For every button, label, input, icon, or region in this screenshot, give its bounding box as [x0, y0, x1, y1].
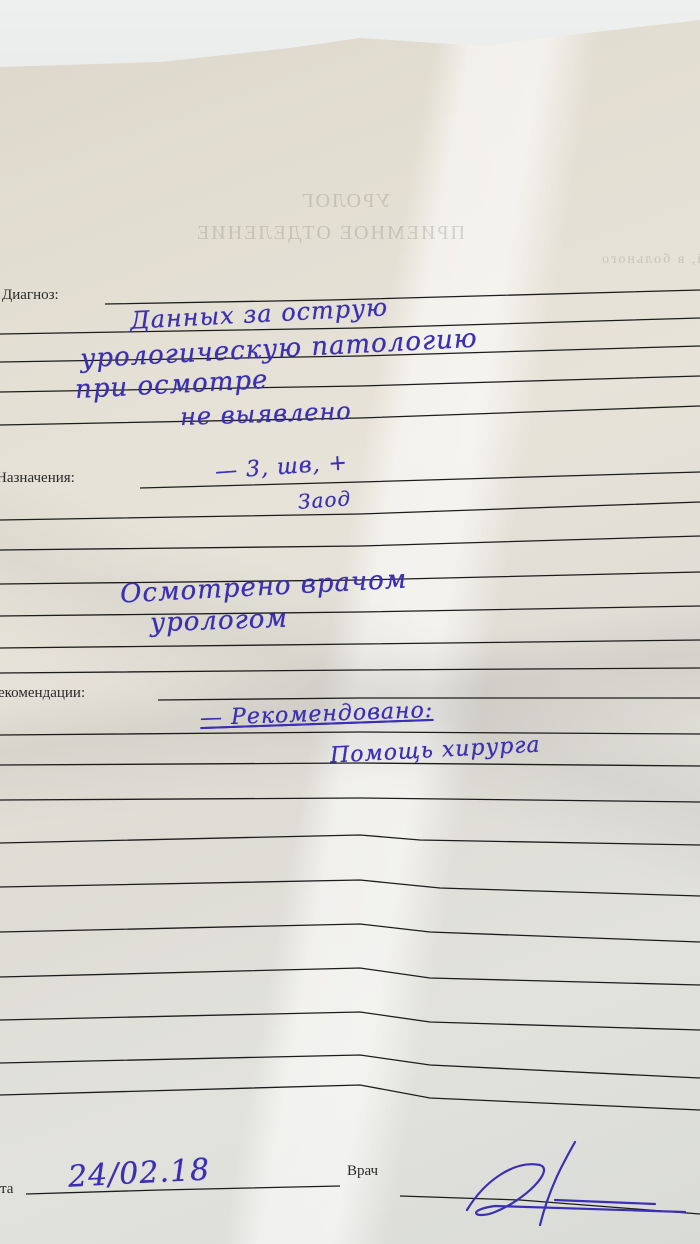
ruled-lines — [0, 0, 700, 1244]
doctor-label: Врач — [347, 1163, 378, 1180]
doctor-signature — [455, 1140, 695, 1230]
prescriptions-note-line-2: урологом — [150, 604, 289, 639]
prescriptions-label: Назначения: — [0, 470, 75, 487]
date-value: 24/02.18 — [67, 1152, 211, 1194]
date-label: та — [0, 1181, 13, 1198]
diagnosis-label: Диагноз: — [2, 287, 59, 304]
diagnosis-line-4: не выявлено — [180, 397, 353, 431]
prescriptions-line-2: Заод — [297, 486, 352, 514]
recommendations-label: екомендации: — [0, 685, 85, 702]
